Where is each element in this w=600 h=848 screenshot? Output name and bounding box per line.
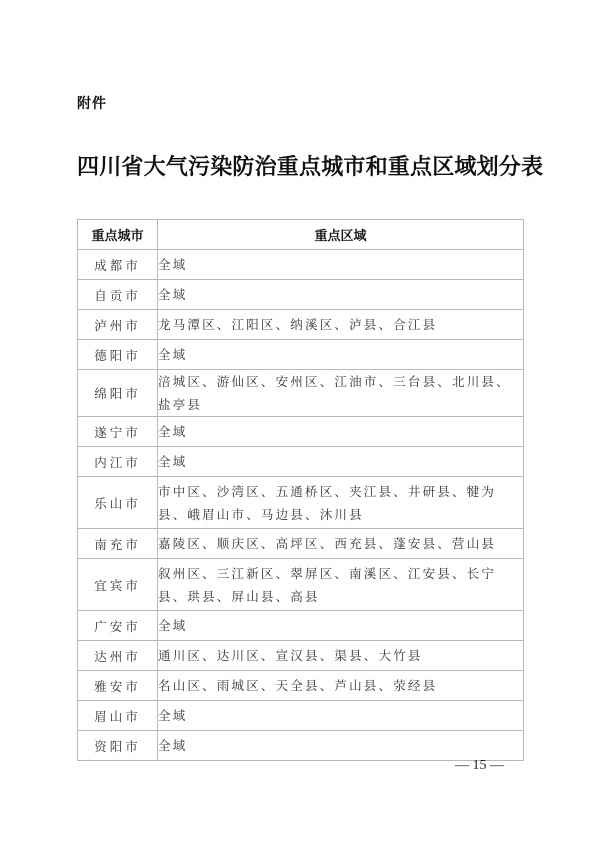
- region-division-table: 重点城市 重点区域 成都市 全域 自贡市 全域 泸州市 龙马潭区、江阳区、纳溪区…: [77, 219, 524, 761]
- table-row: 成都市 全域: [78, 250, 524, 280]
- area-cell: 全域: [158, 731, 524, 761]
- table-row: 雅安市 名山区、雨城区、天全县、芦山县、荥经县: [78, 671, 524, 701]
- table-row: 乐山市 市中区、沙湾区、五通桥区、夹江县、井研县、犍为县、峨眉山市、马边县、沐川…: [78, 477, 524, 529]
- table-row: 达州市 通川区、达川区、宣汉县、渠县、大竹县: [78, 641, 524, 671]
- table-row: 绵阳市 涪城区、游仙区、安州区、江油市、三台县、北川县、盐亭县: [78, 370, 524, 417]
- table-header-row: 重点城市 重点区域: [78, 220, 524, 250]
- table-row: 自贡市 全域: [78, 280, 524, 310]
- city-cell: 乐山市: [78, 477, 158, 529]
- area-cell: 叙州区、三江新区、翠屏区、南溪区、江安县、长宁县、珙县、屏山县、高县: [158, 559, 524, 611]
- area-cell: 涪城区、游仙区、安州区、江油市、三台县、北川县、盐亭县: [158, 370, 524, 417]
- table-row: 泸州市 龙马潭区、江阳区、纳溪区、泸县、合江县: [78, 310, 524, 340]
- header-key-area: 重点区域: [158, 220, 524, 250]
- city-cell: 宜宾市: [78, 559, 158, 611]
- city-cell: 绵阳市: [78, 370, 158, 417]
- document-title: 四川省大气污染防治重点城市和重点区域划分表: [77, 150, 537, 181]
- city-cell: 泸州市: [78, 310, 158, 340]
- area-cell: 全域: [158, 447, 524, 477]
- city-cell: 广安市: [78, 611, 158, 641]
- table-row: 南充市 嘉陵区、顺庆区、高坪区、西充县、蓬安县、营山县: [78, 529, 524, 559]
- table-row: 眉山市 全域: [78, 701, 524, 731]
- city-cell: 内江市: [78, 447, 158, 477]
- area-cell: 通川区、达川区、宣汉县、渠县、大竹县: [158, 641, 524, 671]
- table-row: 内江市 全域: [78, 447, 524, 477]
- table-row: 遂宁市 全域: [78, 417, 524, 447]
- city-cell: 成都市: [78, 250, 158, 280]
- header-key-city: 重点城市: [78, 220, 158, 250]
- city-cell: 德阳市: [78, 340, 158, 370]
- area-cell: 嘉陵区、顺庆区、高坪区、西充县、蓬安县、营山县: [158, 529, 524, 559]
- area-cell: 全域: [158, 611, 524, 641]
- city-cell: 南充市: [78, 529, 158, 559]
- city-cell: 雅安市: [78, 671, 158, 701]
- area-cell: 市中区、沙湾区、五通桥区、夹江县、井研县、犍为县、峨眉山市、马边县、沐川县: [158, 477, 524, 529]
- city-cell: 遂宁市: [78, 417, 158, 447]
- area-cell: 全域: [158, 250, 524, 280]
- area-cell: 全域: [158, 701, 524, 731]
- area-cell: 龙马潭区、江阳区、纳溪区、泸县、合江县: [158, 310, 524, 340]
- city-cell: 眉山市: [78, 701, 158, 731]
- attachment-label: 附件: [77, 93, 107, 113]
- area-cell: 名山区、雨城区、天全县、芦山县、荥经县: [158, 671, 524, 701]
- city-cell: 达州市: [78, 641, 158, 671]
- table-row: 德阳市 全域: [78, 340, 524, 370]
- area-cell: 全域: [158, 417, 524, 447]
- area-cell: 全域: [158, 280, 524, 310]
- table-row: 广安市 全域: [78, 611, 524, 641]
- city-cell: 资阳市: [78, 731, 158, 761]
- page-number: — 15 —: [455, 758, 504, 774]
- city-cell: 自贡市: [78, 280, 158, 310]
- table-row: 宜宾市 叙州区、三江新区、翠屏区、南溪区、江安县、长宁县、珙县、屏山县、高县: [78, 559, 524, 611]
- area-cell: 全域: [158, 340, 524, 370]
- table-row: 资阳市 全域: [78, 731, 524, 761]
